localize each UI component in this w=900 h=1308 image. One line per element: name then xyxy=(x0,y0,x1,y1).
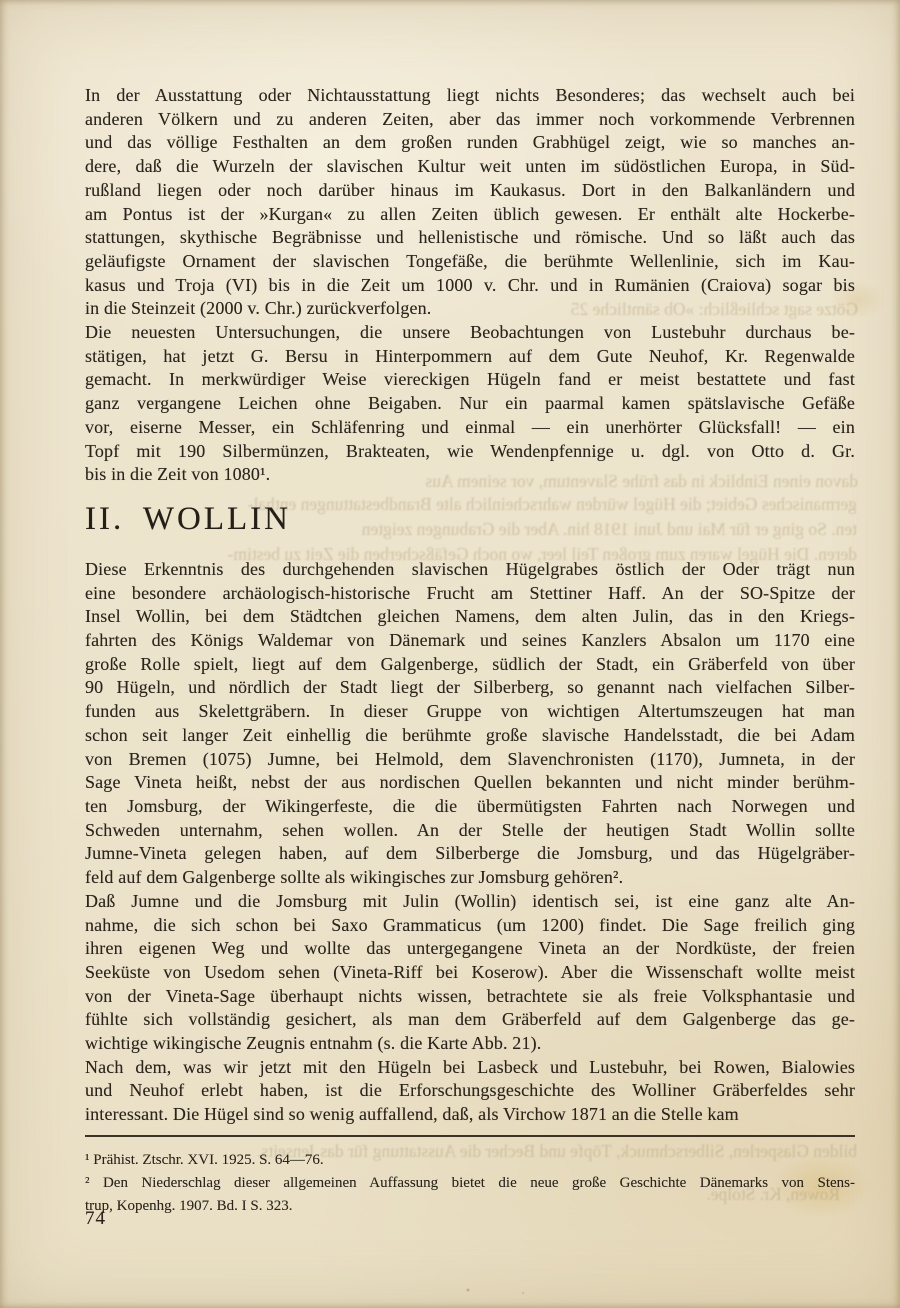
text-line: Jumne-Vineta gelegen haben, auf dem Silb… xyxy=(85,842,855,866)
text-line: Diese Erkenntnis des durchgehenden slavi… xyxy=(85,558,855,582)
text-line: Daß Jumne und die Jomsburg mit Julin (Wo… xyxy=(85,890,855,914)
text-line: feld auf dem Galgenberge sollte als wiki… xyxy=(85,866,855,890)
paragraph: Nach dem, was wir jetzt mit den Hügeln b… xyxy=(85,1056,855,1127)
paragraph: Diese Erkenntnis des durchgehenden slavi… xyxy=(85,558,855,890)
text-line: anderen Völkern und zu anderen Zeiten, a… xyxy=(85,108,855,132)
text-line: rußland liegen oder noch darüber hinaus … xyxy=(85,179,855,203)
paragraph: Daß Jumne und die Jomsburg mit Julin (Wo… xyxy=(85,890,855,1056)
text-block: In der Ausstattung oder Nichtausstattung… xyxy=(85,84,855,1218)
text-line: wichtige wikingische Zeugnis entnahm (s.… xyxy=(85,1032,855,1056)
section-heading: II. WOLLIN xyxy=(85,498,855,540)
text-line: Die neuesten Untersuchungen, die unsere … xyxy=(85,321,855,345)
text-line: stattungen, skythische Begräbnisse und h… xyxy=(85,226,855,250)
text-line: Sage Vineta heißt, nebst der aus nordisc… xyxy=(85,771,855,795)
text-line: in die Steinzeit (2000 v. Chr.) zurückve… xyxy=(85,297,855,321)
text-line: nahme, die sich schon bei Saxo Grammatic… xyxy=(85,914,855,938)
text-line: Seeküste von Usedom sehen (Vineta-Riff b… xyxy=(85,961,855,985)
text-line: dere, daß die Wurzeln der slavischen Kul… xyxy=(85,155,855,179)
text-line: ganz vergangene Leichen ohne Beigaben. N… xyxy=(85,392,855,416)
text-line: eine besondere archäologisch-historische… xyxy=(85,582,855,606)
footnote: ¹ Prähist. Ztschr. XVI. 1925. S. 64—76. xyxy=(85,1149,855,1172)
text-line: gemacht. In merkwürdiger Weise viereckig… xyxy=(85,368,855,392)
text-line: fühlte sich vollständig gesichert, als m… xyxy=(85,1008,855,1032)
text-line: geläufigste Ornament der slavischen Tong… xyxy=(85,250,855,274)
text-line: ten Jomsburg, der Wikingerfeste, die die… xyxy=(85,795,855,819)
text-line: In der Ausstattung oder Nichtausstattung… xyxy=(85,84,855,108)
text-line: von der Vineta-Sage überhaupt nichts wis… xyxy=(85,985,855,1009)
text-line: vor, eiserne Messer, ein Schläfenring un… xyxy=(85,416,855,440)
text-line: am Pontus ist der »Kurgan« zu allen Zeit… xyxy=(85,203,855,227)
text-line: 90 Hügeln, und nördlich der Stadt liegt … xyxy=(85,676,855,700)
text-line: Nach dem, was wir jetzt mit den Hügeln b… xyxy=(85,1056,855,1080)
text-line: stätigen, hat jetzt G. Bersu in Hinterpo… xyxy=(85,345,855,369)
text-line: kasus und Troja (VI) bis in die Zeit um … xyxy=(85,274,855,298)
text-line: ihren eigenen Weg und wollte das unterge… xyxy=(85,937,855,961)
text-line: bis in die Zeit von 1080¹. xyxy=(85,463,855,487)
book-page-scan: Götze sagt schließlich: »Ob sämtliche 25… xyxy=(0,0,900,1308)
page-number: 74 xyxy=(85,1208,106,1230)
text-line: Topf mit 190 Silbermünzen, Brakteaten, w… xyxy=(85,440,855,464)
text-line: von Bremen (1075) Jumne, bei Helmold, de… xyxy=(85,748,855,772)
footnotes: ¹ Prähist. Ztschr. XVI. 1925. S. 64—76. … xyxy=(85,1149,855,1218)
text-line: Insel Wollin, bei dem Städtchen gleichen… xyxy=(85,605,855,629)
paragraph: Die neuesten Untersuchungen, die unsere … xyxy=(85,321,855,487)
text-line: fahrten des Königs Waldemar von Dänemark… xyxy=(85,629,855,653)
text-line: Schweden unternahm, sehen wollen. An der… xyxy=(85,819,855,843)
text-line: ¹ Prähist. Ztschr. XVI. 1925. S. 64—76. xyxy=(85,1149,855,1172)
text-line: große Rolle spielt, liegt auf dem Galgen… xyxy=(85,653,855,677)
text-line: ² Den Niederschlag dieser allgemeinen Au… xyxy=(85,1172,855,1195)
paragraph: In der Ausstattung oder Nichtausstattung… xyxy=(85,84,855,321)
text-line: funden aus Skelettgräbern. In dieser Gru… xyxy=(85,700,855,724)
text-line: und das völlige Festhalten an dem großen… xyxy=(85,131,855,155)
text-line: interessant. Die Hügel sind so wenig auf… xyxy=(85,1103,855,1127)
footnote: ² Den Niederschlag dieser allgemeinen Au… xyxy=(85,1172,855,1218)
text-line: schon seit langer Zeit einhellig die ber… xyxy=(85,724,855,748)
text-line: trup, Kopenhg. 1907. Bd. I S. 323. xyxy=(85,1195,855,1218)
text-line: und Neuhof erlebt haben, ist die Erforsc… xyxy=(85,1079,855,1103)
footnote-rule xyxy=(85,1135,855,1137)
